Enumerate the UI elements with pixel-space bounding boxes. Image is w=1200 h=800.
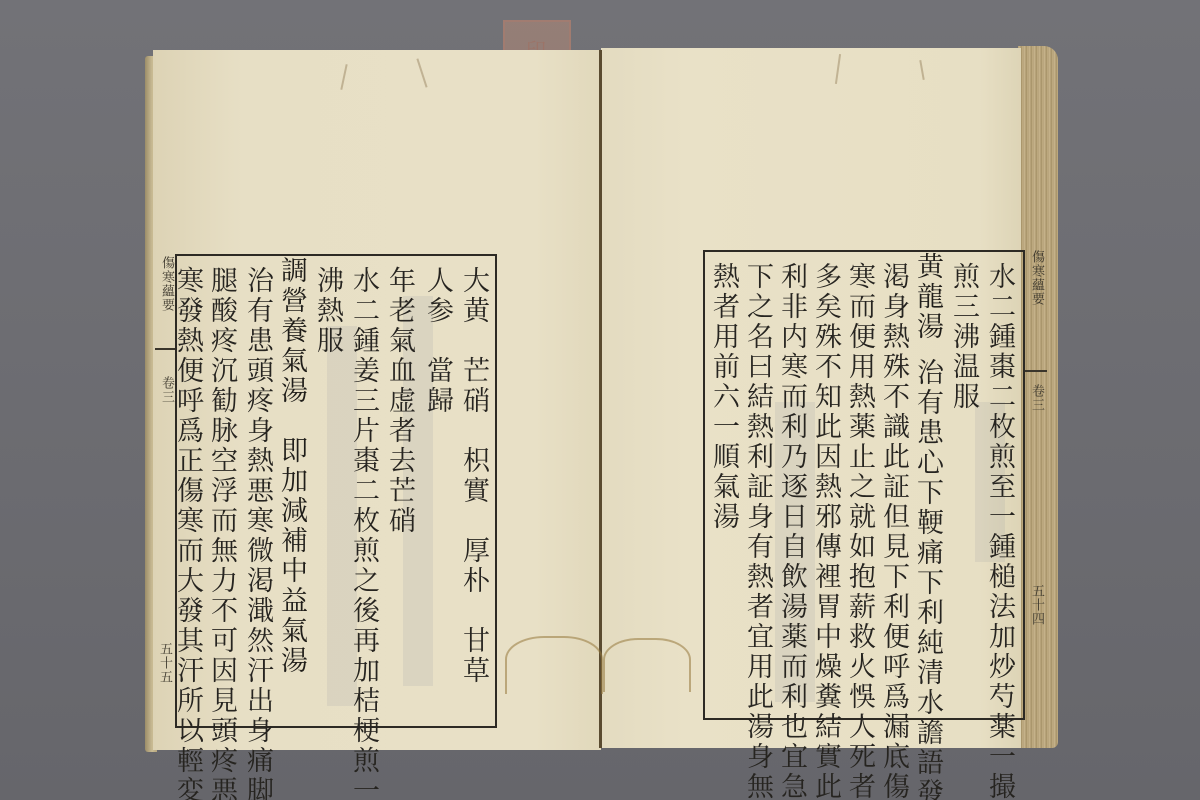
text-column: 年老氣血虚者去芒硝	[383, 266, 415, 536]
text-column: 煎三沸温服	[947, 262, 979, 412]
text-column: 沸熱服	[311, 266, 343, 356]
binding-thread-right	[603, 638, 691, 692]
right-page-number: 五十四	[1027, 584, 1046, 626]
paper-stain	[919, 60, 924, 80]
text-column: 熱者用前六一順氣湯	[707, 262, 739, 532]
text-column: 利非内寒而利乃逐日自飲湯薬而利也宜急	[775, 262, 807, 800]
text-column: 水二鍾姜三片棗二枚煎之後再加桔梗煎一	[347, 266, 379, 800]
text-column: 治有患頭疼身熱悪寒微渇濈然汗出身痛脚	[241, 266, 273, 800]
right-text-frame: 水二鍾棗二枚煎至一鍾槌法加炒芍薬一撮 煎三沸温服 黄龍湯 治有患心下鞕痛下利純清…	[703, 250, 1025, 720]
text-column: 寒發熱便呼爲正傷寒而大發其汗所以輕変	[171, 266, 203, 800]
open-book: 傷寒蘊要 卷三 五十五 大黄 芒硝 枳實 厚朴 甘草 人参 當歸 年老氣血虚者去…	[143, 44, 1058, 756]
text-column: 腿酸疼沉勧脉空浮而無力不可因見頭疼悪	[205, 266, 237, 800]
text-column-heading: 黄龍湯	[911, 252, 943, 342]
text-column: 多矣殊不知此因熱邪傳裡胃中燥糞結實此	[809, 262, 841, 800]
paper-stain	[835, 54, 841, 84]
left-text-frame: 大黄 芒硝 枳實 厚朴 甘草 人参 當歸 年老氣血虚者去芒硝 水二鍾姜三片棗二枚…	[175, 254, 497, 728]
text-column: 人参 當歸	[421, 266, 453, 416]
text-column: 大黄 芒硝 枳實 厚朴 甘草	[457, 266, 489, 686]
text-column-heading: 調營養氣湯 即加減補中益氣湯	[275, 256, 307, 676]
text-column: 下之名曰結熱利証身有熱者宜用此湯身無	[741, 262, 773, 800]
paper-stain	[416, 58, 427, 87]
text-column: 水二鍾棗二枚煎至一鍾槌法加炒芍薬一撮	[983, 262, 1015, 800]
text-column: 渇身熱殊不識此証但見下利便呼爲漏底傷	[877, 262, 909, 800]
right-margin-title: 傷寒蘊要	[1027, 250, 1046, 306]
margin-divider	[1025, 370, 1047, 372]
paper-stain	[340, 64, 347, 90]
book-gutter	[599, 50, 602, 748]
binding-thread-left	[505, 636, 603, 694]
right-margin-volume: 卷三	[1027, 384, 1046, 412]
text-column: 寒而便用熱薬止之就如抱薪救火悞人死者	[843, 262, 875, 800]
text-column: 治有患心下鞕痛下利純清水譫語發	[911, 358, 943, 800]
